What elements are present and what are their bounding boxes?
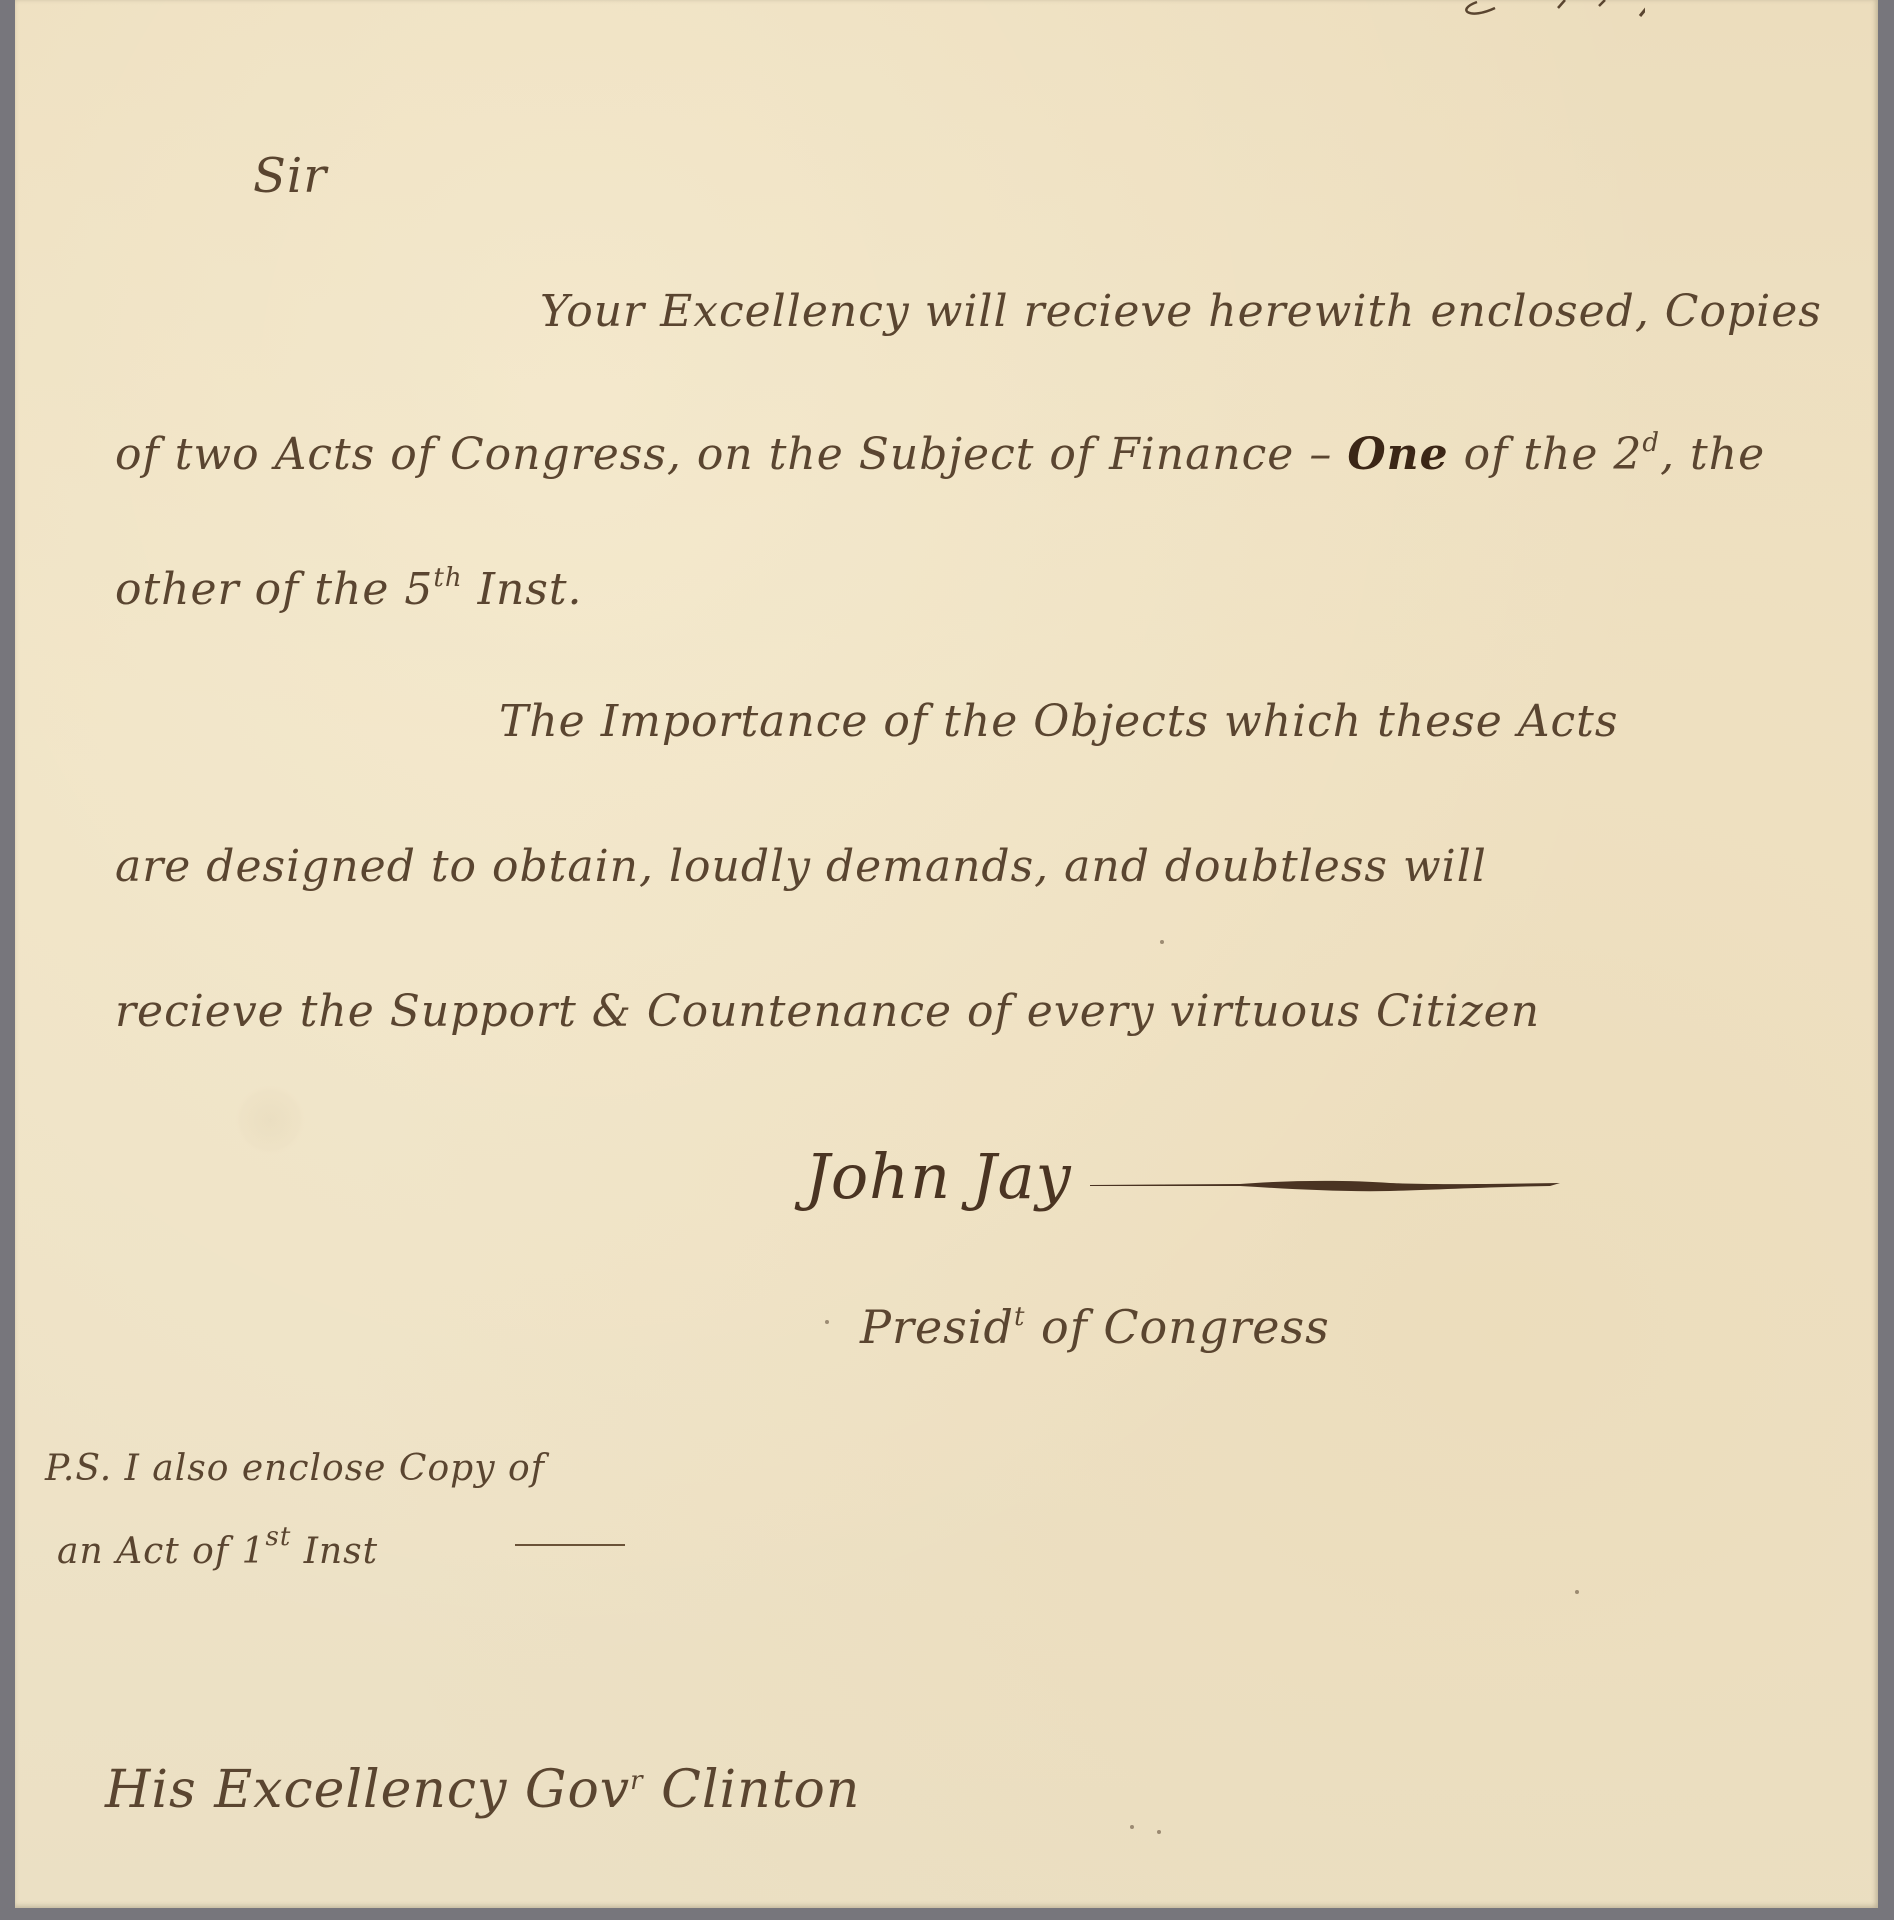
- body-line-2-end: , the: [1660, 429, 1765, 480]
- body-line-1: Your Excellency will recieve herewith en…: [540, 290, 1822, 334]
- body-line-2-text: of two Acts of Congress, on the Subject …: [115, 429, 1332, 480]
- ordinal-superscript: d: [1642, 428, 1660, 458]
- body-line-2-tail: of the 2: [1449, 429, 1643, 480]
- body-line-3-text: other of the 5: [115, 564, 433, 615]
- body-line-5: are designed to obtain, loudly demands, …: [115, 845, 1487, 889]
- paper-stain: [235, 1085, 305, 1155]
- emphasized-word: One: [1347, 429, 1448, 480]
- paper-speck: [1157, 1830, 1161, 1834]
- signature-flourish: [1090, 1178, 1560, 1192]
- body-line-6: recieve the Support & Countenance of eve…: [115, 990, 1540, 1034]
- paper-speck: [1130, 1825, 1134, 1829]
- title-suffix: of Congress: [1025, 1300, 1329, 1354]
- postscript-line-2: an Act of 1st Inst: [57, 1522, 378, 1572]
- body-line-2: of two Acts of Congress, on the Subject …: [115, 430, 1765, 477]
- postscript-line-1: P.S. I also enclose Copy of: [45, 1448, 545, 1489]
- body-line-3: other of the 5th Inst.: [115, 565, 583, 612]
- paper-speck: [1575, 1590, 1579, 1594]
- postscript-dash: [515, 1544, 625, 1546]
- title-superscript: t: [1014, 1302, 1025, 1332]
- addressee: His Excellency Govr Clinton: [105, 1760, 860, 1820]
- signature: John Jay: [805, 1140, 1072, 1213]
- body-line-3-end: Inst.: [463, 564, 583, 615]
- postscript-suffix: Inst: [291, 1531, 378, 1572]
- manuscript-page: Sir Your Excellency will recieve herewit…: [15, 0, 1878, 1908]
- postscript-superscript: st: [266, 1522, 292, 1552]
- addressee-superscript: r: [630, 1766, 643, 1796]
- body-line-4: The Importance of the Objects which thes…: [499, 700, 1618, 744]
- addressee-suffix: Clinton: [644, 1760, 861, 1820]
- paper-speck: [1160, 940, 1164, 944]
- salutation: Sir: [253, 148, 327, 204]
- cut-off-heading-fragment: [1415, 0, 1645, 22]
- ordinal-superscript: th: [433, 563, 462, 593]
- signatory-title: Presidt of Congress: [860, 1300, 1330, 1354]
- postscript-prefix: an Act of 1: [57, 1531, 266, 1572]
- title-prefix: Presid: [860, 1300, 1014, 1354]
- paper-speck: [825, 1320, 829, 1324]
- addressee-prefix: His Excellency Gov: [105, 1760, 630, 1820]
